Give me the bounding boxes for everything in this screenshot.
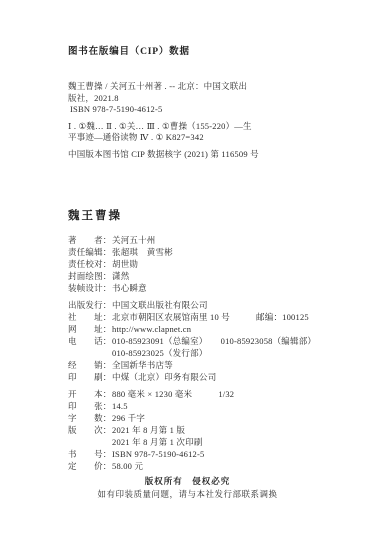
publishing-row: 经 销： 全国新华书店等 [68, 359, 345, 371]
row-label: 印 刷： [68, 371, 112, 383]
row-value: 中国文联出版社有限公司 [112, 299, 345, 311]
cip-record-number-line: 中国版本图书馆 CIP 数据核字 (2021) 第 116509 号 [68, 149, 345, 161]
cip-bibliography-paragraph: 魏王曹操 / 关河五十州著 . -- 北京：中国文联出 版社，2021.8 IS… [68, 81, 345, 116]
footer-notices: 版权所有 侵权必究 如有印装质量问题，请与本社发行部联系调换 [30, 475, 345, 501]
row-label: 书 号： [68, 448, 112, 460]
publishing-row: 社 址： 北京市朝阳区农展馆南里 10 号 邮编：100125 [68, 311, 345, 323]
row-label: 封面绘图： [68, 270, 112, 282]
book-title: 魏王曹操 [68, 210, 345, 223]
row-label: 责任编辑： [68, 246, 112, 258]
exchange-notice: 如有印装质量问题，请与本社发行部联系调换 [30, 488, 345, 501]
row-value: 2021 年 8 月第 1 次印刷 [112, 436, 345, 448]
row-value: 296 千字 [112, 412, 345, 424]
row-label: 版 次： [68, 424, 112, 436]
row-value: 潇然 [112, 270, 345, 282]
row-label [68, 347, 112, 359]
row-value: 关河五十州 [112, 234, 345, 246]
row-value: 14.5 [112, 400, 345, 412]
row-label [68, 436, 112, 448]
price-value: 58.00 元 [112, 460, 345, 472]
publishing-row: 网 址： http://www.clapnet.cn [68, 323, 345, 335]
cip-isbn-line: ISBN 978-7-5190-4612-5 [68, 104, 345, 116]
row-value: 2021 年 8 月第 1 版 [112, 424, 345, 436]
row-value: 010-85923025（发行部） [112, 347, 345, 359]
credit-row: 责任编辑： 张超琪 黄雪彬 [68, 246, 345, 258]
row-label: 责任校对： [68, 258, 112, 270]
spec-row: 版 次： 2021 年 8 月第 1 版 [68, 424, 345, 436]
row-label: 著 者： [68, 234, 112, 246]
publishing-row-continuation: 010-85923025（发行部） [68, 347, 345, 359]
cip-line: 魏王曹操 / 关河五十州著 . -- 北京：中国文联出 [68, 81, 345, 93]
row-label: 印 张： [68, 400, 112, 412]
row-value: 010-85923091（总编室） 010-85923058（编辑部） [112, 335, 345, 347]
cip-block: 图书在版编目（CIP）数据 魏王曹操 / 关河五十州著 . -- 北京：中国文联… [68, 46, 345, 160]
row-value: 中煤（北京）印务有限公司 [112, 371, 345, 383]
spec-row: 印 张： 14.5 [68, 400, 345, 412]
credits-block: 著 者： 关河五十州 责任编辑： 张超琪 黄雪彬 责任校对： 胡世勋 封面绘图：… [68, 234, 345, 294]
colophon-page: 图书在版编目（CIP）数据 魏王曹操 / 关河五十州著 . -- 北京：中国文联… [0, 0, 375, 543]
cip-line: Ⅰ . ①魏… Ⅱ . ①关… Ⅲ . ①曹操（155-220）—生 [68, 121, 345, 133]
row-label: 定 价： [68, 460, 112, 472]
row-value: 张超琪 黄雪彬 [112, 246, 345, 258]
row-value: 北京市朝阳区农展馆南里 10 号 邮编：100125 [112, 311, 345, 323]
publishing-row: 电 话： 010-85923091（总编室） 010-85923058（编辑部） [68, 335, 345, 347]
credit-row: 装帧设计： 书心瞬意 [68, 282, 345, 294]
website-url: http://www.clapnet.cn [112, 323, 345, 335]
row-label: 装帧设计： [68, 282, 112, 294]
row-value: 书心瞬意 [112, 282, 345, 294]
row-value: 胡世勋 [112, 258, 345, 270]
spec-row: 开 本： 880 毫米 × 1230 毫米 1/32 [68, 388, 345, 400]
cip-line: 版社，2021.8 [68, 93, 345, 105]
publishing-row: 印 刷： 中煤（北京）印务有限公司 [68, 371, 345, 383]
row-label: 网 址： [68, 323, 112, 335]
cip-classification-paragraph: Ⅰ . ①魏… Ⅱ . ①关… Ⅲ . ①曹操（155-220）—生 平事迹—通… [68, 121, 345, 144]
spec-row: 字 数： 296 千字 [68, 412, 345, 424]
specs-block: 开 本： 880 毫米 × 1230 毫米 1/32 印 张： 14.5 字 数… [68, 388, 345, 472]
row-label: 电 话： [68, 335, 112, 347]
row-label: 经 销： [68, 359, 112, 371]
row-label: 字 数： [68, 412, 112, 424]
row-value: 全国新华书店等 [112, 359, 345, 371]
spec-row: 书 号： ISBN 978-7-5190-4612-5 [68, 448, 345, 460]
cip-line: 平事迹—通俗读物 Ⅳ . ① K827=342 [68, 132, 345, 144]
isbn-value: ISBN 978-7-5190-4612-5 [112, 448, 345, 460]
row-value: 880 毫米 × 1230 毫米 1/32 [112, 388, 345, 400]
cip-heading: 图书在版编目（CIP）数据 [68, 46, 345, 58]
credit-row: 封面绘图： 潇然 [68, 270, 345, 282]
row-label: 社 址： [68, 311, 112, 323]
credit-row: 责任校对： 胡世勋 [68, 258, 345, 270]
row-label: 出版发行： [68, 299, 112, 311]
spec-row: 定 价： 58.00 元 [68, 460, 345, 472]
spec-row-continuation: 2021 年 8 月第 1 次印刷 [68, 436, 345, 448]
publishing-block: 出版发行： 中国文联出版社有限公司 社 址： 北京市朝阳区农展馆南里 10 号 … [68, 299, 345, 383]
credit-row: 著 者： 关河五十州 [68, 234, 345, 246]
row-label: 开 本： [68, 388, 112, 400]
publishing-row: 出版发行： 中国文联出版社有限公司 [68, 299, 345, 311]
copyright-notice: 版权所有 侵权必究 [30, 475, 345, 488]
